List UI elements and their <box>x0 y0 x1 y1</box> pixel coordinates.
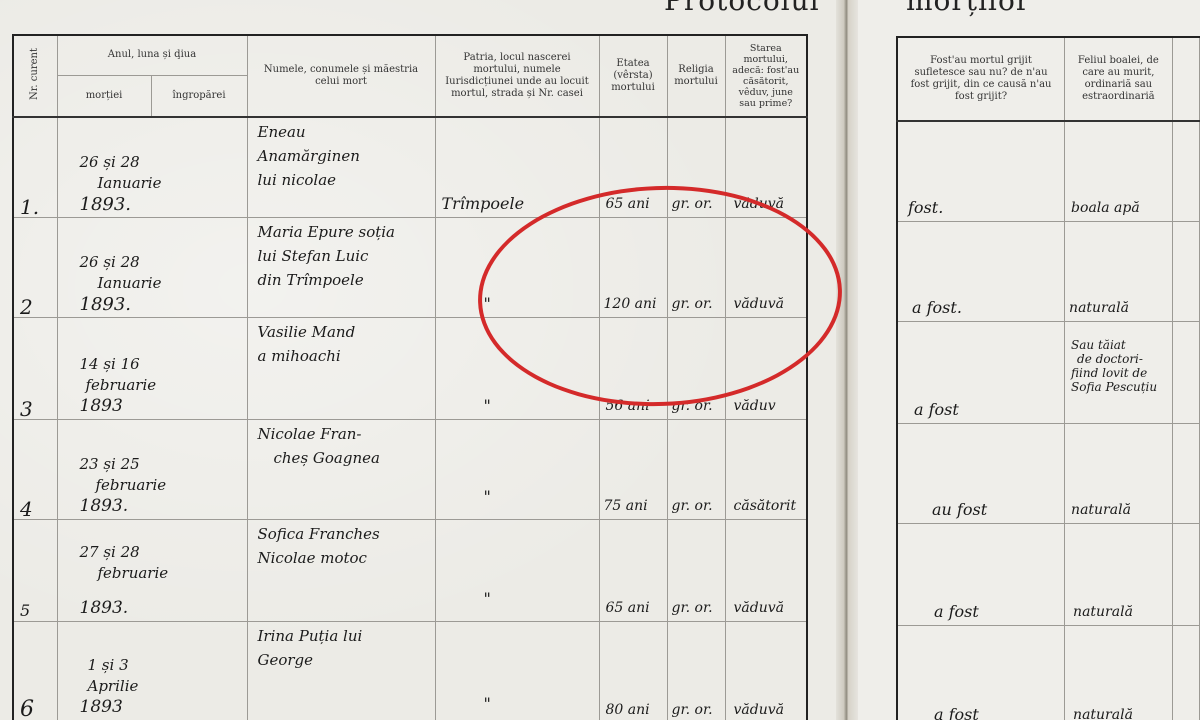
name-cell: Maria Epure soția lui Stefan Luic din Tr… <box>247 217 435 317</box>
name-cell: Sofica Franches Nicolae motoc <box>247 519 435 621</box>
header-spiritual-care: Fost'au mortul grijit sufletesce sau nu?… <box>897 37 1065 121</box>
spiritual-care-cell: au fost <box>897 423 1065 523</box>
birthplace-cell: " <box>435 419 599 519</box>
illness-cell: Sau tăiat de doctori- fiind lovit de Sof… <box>1065 321 1173 423</box>
table-row: 5 27 și 28 februarie 1893. Sofica Franch… <box>13 519 807 621</box>
religion-cell: gr. or. <box>667 419 725 519</box>
table-row: au fost naturală <box>897 423 1200 523</box>
death-register-table: Nr. curent Anul, luna și ḑiua Numele, co… <box>12 34 808 720</box>
row-number: 3 <box>13 317 57 419</box>
illness-cell: boala apă <box>1065 121 1173 221</box>
spiritual-care-cell: a fost. <box>897 221 1065 321</box>
header-burial: îngropărei <box>151 75 247 117</box>
birthplace-cell: Trîmpoele <box>435 117 599 217</box>
name-cell: Irina Puția lui George <box>247 621 435 720</box>
table-row: a fost Sau tăiat de doctori- fiind lovit… <box>897 321 1200 423</box>
date-cell: 23 și 25 februarie 1893. <box>57 419 247 519</box>
birthplace-cell: " <box>435 519 599 621</box>
name-cell: Vasilie Mand a mihoachi <box>247 317 435 419</box>
table-row: 1. 26 și 28 Ianuarie 1893. Eneau Anamărg… <box>13 117 807 217</box>
name-cell: Nicolae Fran- cheș Goagnea <box>247 419 435 519</box>
cut-off-cell <box>1172 423 1199 523</box>
table-row: 3 14 și 16 februarie 1893 Vasilie Mand a… <box>13 317 807 419</box>
page-title-left: Protocolul <box>664 0 820 17</box>
age-cell: 56 ani <box>599 317 667 419</box>
status-cell: văduv <box>725 317 807 419</box>
page-title-right: morților <box>906 0 1030 17</box>
illness-cell: naturală <box>1065 423 1173 523</box>
row-number: 4 <box>13 419 57 519</box>
cut-off-cell <box>1172 625 1199 720</box>
header-name: Numele, conumele și măestria celui mort <box>247 35 435 117</box>
row-number: 6 <box>13 621 57 720</box>
birthplace-cell: " <box>435 217 599 317</box>
row-number: 1. <box>13 117 57 217</box>
status-cell: căsătorit <box>725 419 807 519</box>
header-illness: Feliul boalei, de care au murit, ordinar… <box>1065 37 1173 121</box>
date-cell: 26 și 28 Ianuarie 1893. <box>57 117 247 217</box>
age-cell: 75 ani <box>599 419 667 519</box>
cut-off-cell <box>1172 121 1199 221</box>
name-cell: Eneau Anamărginen lui nicolae <box>247 117 435 217</box>
table-row: a fost. naturală <box>897 221 1200 321</box>
cut-off-cell <box>1172 523 1199 625</box>
table-row: 6 1 și 3 Aprilie 1893 Irina Puția lui Ge… <box>13 621 807 720</box>
religion-cell: gr. or. <box>667 117 725 217</box>
religion-cell: gr. or. <box>667 217 725 317</box>
row-number: 5 <box>13 519 57 621</box>
religion-cell: gr. or. <box>667 621 725 720</box>
age-cell: 65 ani <box>599 117 667 217</box>
header-patria: Patria, locul nascerei mortului, numele … <box>435 35 599 117</box>
birthplace-cell: " <box>435 317 599 419</box>
spiritual-care-cell: a fost <box>897 523 1065 625</box>
age-cell: 65 ani <box>599 519 667 621</box>
row-number: 2 <box>13 217 57 317</box>
book-spine <box>836 0 858 720</box>
birthplace-cell: " <box>435 621 599 720</box>
spiritual-care-cell: a fost <box>897 625 1065 720</box>
cut-off-cell <box>1172 321 1199 423</box>
spiritual-care-cell: a fost <box>897 321 1065 423</box>
status-cell: văduvă <box>725 519 807 621</box>
date-cell: 1 și 3 Aprilie 1893 <box>57 621 247 720</box>
illness-cell: naturală <box>1065 625 1173 720</box>
spiritual-care-cell: fost. <box>897 121 1065 221</box>
age-cell: 80 ani <box>599 621 667 720</box>
header-status: Starea mortului, adecă: fost'au căsători… <box>725 35 807 117</box>
death-register-continuation-table: Fost'au mortul grijit sufletesce sau nu?… <box>896 36 1200 720</box>
table-row: a fost naturală <box>897 523 1200 625</box>
status-cell: văduvă <box>725 217 807 317</box>
header-religion: Religia mortului <box>667 35 725 117</box>
header-age: Etatea (vêrsta) mortului <box>599 35 667 117</box>
illness-cell: naturală <box>1065 221 1173 321</box>
header-death: morției <box>57 75 151 117</box>
illness-cell: naturală <box>1065 523 1173 625</box>
cut-off-cell <box>1172 221 1199 321</box>
header-cut-off <box>1172 37 1199 121</box>
header-date-group: Anul, luna și ḑiua <box>57 35 247 75</box>
table-row: a fost naturală <box>897 625 1200 720</box>
status-cell: văduvă <box>725 621 807 720</box>
date-cell: 14 și 16 februarie 1893 <box>57 317 247 419</box>
religion-cell: gr. or. <box>667 317 725 419</box>
table-row: 4 23 și 25 februarie 1893. Nicolae Fran-… <box>13 419 807 519</box>
date-cell: 27 și 28 februarie 1893. <box>57 519 247 621</box>
table-row: 2 26 și 28 Ianuarie 1893. Maria Epure so… <box>13 217 807 317</box>
religion-cell: gr. or. <box>667 519 725 621</box>
age-cell: 120 ani <box>599 217 667 317</box>
status-cell: văduvă <box>725 117 807 217</box>
header-nr-curent: Nr. curent <box>13 35 57 117</box>
date-cell: 26 și 28 Ianuarie 1893. <box>57 217 247 317</box>
table-row: fost. boala apă <box>897 121 1200 221</box>
